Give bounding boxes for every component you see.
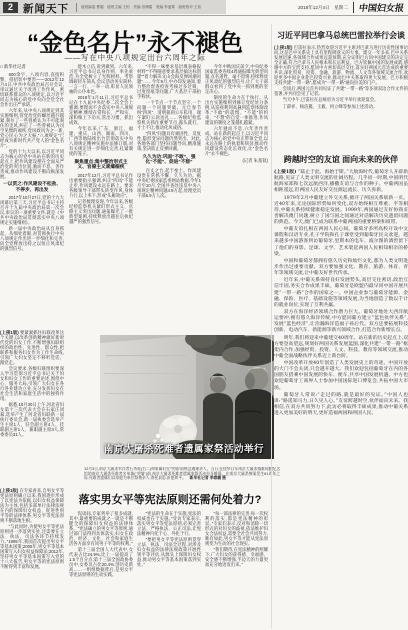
photo-overlay-title: 南京大屠杀死难者遗属家祭活动举行 (104, 441, 270, 455)
masthead-logo: 中国妇女报 (358, 1, 405, 14)
newspaper-page: 2 新闻天下 值班编委 曹越 值班主编 王恒 责编 田珊檑 美编 李凌霄 值班校… (0, 0, 408, 630)
photo-credit: 新华社记者 季春鹏 摄 (186, 476, 226, 480)
main-article-column-1: □ 新华社记者600余字、八项内容,直指积弊、招招切中要害——2012年12月4… (0, 64, 64, 322)
main-subheadline: ——写在中央八项规定出台六周年之际 (0, 52, 270, 63)
right-article-signed-body: (上接1版) “陆止于此、海始于斯。”大航海时代,葡萄牙人开辟新航路,见证了人类… (274, 169, 408, 628)
masthead-divider (353, 2, 354, 13)
right-headline-signed-article: 跨越时空的友谊 面向未来的伙伴 (274, 154, 408, 165)
page-header: 2 新闻天下 值班编委 曹越 值班主编 王恒 责编 田珊檑 美编 李凌霄 值班校… (0, 0, 408, 16)
bottom-article-column-1: 侃谈间,专家列举了很多成就,其中,最重要的成就之一就是不断健全的保障妇女权益的法… (69, 511, 133, 628)
main-article-column-3: “不得一味要求基层填表格报材料”“不得随意要求基层搞达标创建”“着力解决文山会海… (137, 64, 201, 330)
bottom-article-column-3: “每一部法律的完善,每一次权利的落实,都是宪法精神的彰显。”专家们表示,反对和消… (205, 511, 268, 628)
page-number: 2 (3, 2, 18, 13)
bottom-headline: 落实男女平等宪法原则还需何处着力? (70, 491, 270, 507)
right-headline-talks: 习近平同巴拿马总统巴雷拉举行会谈 (274, 30, 408, 41)
bottom-article-column-2: “宪法的生命在于实施,宪法的权威也在于实施。”受访专家表示,落实男女平等宪法原则… (137, 511, 201, 628)
news-photo: 南京大屠杀死难者遗属家祭活动举行 (100, 335, 274, 459)
issue-date: 2018年12月4日 星期二 (298, 5, 348, 11)
photo-caption-text: 12月3日,南京大屠杀幸存者石秀英(右二)和家属们在“哭墙”前悼念遇难亲人。当日… (84, 467, 280, 480)
right-article-talks-body: (上接1版) 巴雷拉表示,热烈欢迎习近平主席对巴拿马进行历史性国事访问,这是巴中… (274, 45, 408, 148)
continued-article-gender-equality: (上接1版) 在专家看来,自男女平等宪法原则确立以来,我国逐步形成了以宪法为依据… (0, 488, 64, 628)
section-title: 新闻天下 (23, 1, 69, 16)
staff-line: 值班编委 曹越 值班主编 王恒 责编 田珊檑 美编 李凌霄 值班校对 王蓓 (81, 5, 201, 10)
column-rule (271, 24, 272, 628)
continued-article-women-federation: (上接1版) 要紧紧抓住妇联改革这个关键,以改革创新精神做好新时代党的妇女工作,… (0, 330, 64, 482)
main-article-column-4: 今年中秋国庆前夕,中央纪委国家监委连续4周通报曝光典型问题,点名道姓、毫不留情,… (205, 64, 268, 330)
main-article-column-2: 徙木立信,说到做到。六年来,习近平总书记以身作则、率先垂范,为全党树立了光辉榜样… (69, 64, 133, 330)
header-divider (76, 3, 77, 12)
